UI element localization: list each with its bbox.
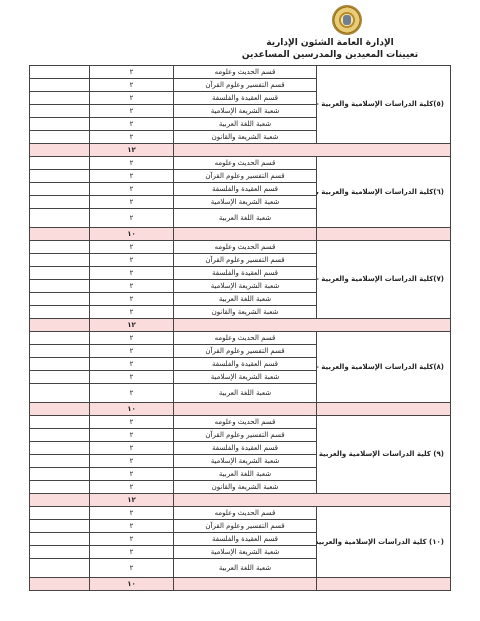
count-cell: ٢: [90, 358, 174, 371]
count-cell: ٢: [90, 481, 174, 494]
count-cell: ٢: [90, 79, 174, 92]
count-cell: ٢: [90, 384, 174, 403]
empty-cell: [30, 209, 90, 228]
subtotal-empty-cell: [30, 494, 90, 507]
count-cell: ٢: [90, 92, 174, 105]
empty-cell: [30, 533, 90, 546]
count-cell: ٢: [90, 105, 174, 118]
table-row: (٦)كلية الدراسات الإسلامية والعربية بنات…: [30, 157, 451, 170]
subtotal-count-cell: ١٢: [90, 144, 174, 157]
empty-cell: [30, 254, 90, 267]
subtotal-count-cell: ١٠: [90, 403, 174, 416]
empty-cell: [30, 559, 90, 578]
empty-cell: [30, 241, 90, 254]
department-cell: شعبة الشريعة الإسلامية: [174, 546, 317, 559]
count-cell: ٢: [90, 520, 174, 533]
empty-cell: [30, 170, 90, 183]
subtotal-empty-cell: [30, 228, 90, 241]
department-cell: شعبة الشريعة الإسلامية: [174, 105, 317, 118]
department-cell: قسم الحديث وعلومه: [174, 66, 317, 79]
college-name-cell: (٨)كلية الدراسات الإسلامية والعربية – بن…: [317, 332, 451, 403]
empty-cell: [30, 345, 90, 358]
subtotal-empty-cell: [30, 319, 90, 332]
count-cell: ٢: [90, 332, 174, 345]
empty-cell: [30, 280, 90, 293]
subtotal-label-cell: [174, 319, 451, 332]
department-cell: قسم التفسير وعلوم القرآن: [174, 254, 317, 267]
emblem-center: [343, 15, 351, 25]
college-name-cell: (٧)كلية الدراسات الإسلامية والعربية - بن…: [317, 241, 451, 319]
department-cell: قسم العقيدة والفلسفة: [174, 442, 317, 455]
subtotal-row: ١٢: [30, 144, 451, 157]
department-cell: شعبة اللغة العربية: [174, 468, 317, 481]
empty-cell: [30, 546, 90, 559]
subtotal-count-cell: ١٢: [90, 494, 174, 507]
empty-cell: [30, 384, 90, 403]
count-cell: ٢: [90, 157, 174, 170]
subtotal-empty-cell: [30, 403, 90, 416]
table-row: (٩) كلية الدراسات الإسلامية والعربية بنا…: [30, 416, 451, 429]
department-cell: قسم التفسير وعلوم القرآن: [174, 345, 317, 358]
count-cell: ٢: [90, 468, 174, 481]
empty-cell: [30, 507, 90, 520]
empty-cell: [30, 66, 90, 79]
empty-cell: [30, 306, 90, 319]
department-cell: شعبة الشريعة الإسلامية: [174, 371, 317, 384]
subtotal-dept-cell: [174, 403, 317, 416]
college-name-cell: (٦)كلية الدراسات الإسلامية والعربية بنات…: [317, 157, 451, 228]
table-row: (٨)كلية الدراسات الإسلامية والعربية – بن…: [30, 332, 451, 345]
empty-cell: [30, 196, 90, 209]
department-cell: قسم الحديث وعلومه: [174, 157, 317, 170]
empty-cell: [30, 481, 90, 494]
count-cell: ٢: [90, 280, 174, 293]
empty-cell: [30, 429, 90, 442]
empty-cell: [30, 371, 90, 384]
count-cell: ٢: [90, 131, 174, 144]
count-cell: ٢: [90, 371, 174, 384]
empty-cell: [30, 157, 90, 170]
college-name-cell: (٩) كلية الدراسات الإسلامية والعربية بنا…: [317, 416, 451, 494]
count-cell: ٢: [90, 183, 174, 196]
table-row: (٥)كلية الدراسات الإسلامية والعربية - بن…: [30, 66, 451, 79]
count-cell: ٢: [90, 442, 174, 455]
count-cell: ٢: [90, 507, 174, 520]
department-cell: قسم الحديث وعلومه: [174, 416, 317, 429]
subtotal-dept-cell: [174, 228, 317, 241]
subtotal-college-cell: [317, 578, 451, 591]
empty-cell: [30, 131, 90, 144]
document-header: الإدارة العامة الشئون الإدارية تعيينات ا…: [0, 0, 480, 64]
empty-cell: [30, 79, 90, 92]
count-cell: ٢: [90, 209, 174, 228]
count-cell: ٢: [90, 429, 174, 442]
subtotal-row: ١٠: [30, 228, 451, 241]
table-row: (٧)كلية الدراسات الإسلامية والعربية - بن…: [30, 241, 451, 254]
empty-cell: [30, 455, 90, 468]
table-row: (١٠) كلية الدراسات الإسلامية والعربية - …: [30, 507, 451, 520]
subtotal-row: ١٠: [30, 578, 451, 591]
empty-cell: [30, 183, 90, 196]
department-cell: قسم العقيدة والفلسفة: [174, 267, 317, 280]
subtotal-count-cell: ١٠: [90, 228, 174, 241]
count-cell: ٢: [90, 118, 174, 131]
empty-cell: [30, 118, 90, 131]
department-cell: شعبة اللغة العربية: [174, 118, 317, 131]
count-cell: ٢: [90, 306, 174, 319]
department-cell: شعبة اللغة العربية: [174, 209, 317, 228]
count-cell: ٢: [90, 559, 174, 578]
empty-cell: [30, 332, 90, 345]
subtotal-empty-cell: [30, 144, 90, 157]
subtotal-row: ١٢: [30, 319, 451, 332]
count-cell: ٢: [90, 267, 174, 280]
department-cell: قسم التفسير وعلوم القرآن: [174, 79, 317, 92]
department-cell: شعبة الشريعة الإسلامية: [174, 280, 317, 293]
department-cell: شعبة الشريعة الإسلامية: [174, 196, 317, 209]
subtotal-college-cell: [317, 403, 451, 416]
empty-cell: [30, 358, 90, 371]
appointments-table: (٥)كلية الدراسات الإسلامية والعربية - بن…: [29, 65, 451, 591]
department-cell: قسم الحديث وعلومه: [174, 507, 317, 520]
department-cell: قسم التفسير وعلوم القرآن: [174, 170, 317, 183]
count-cell: ٢: [90, 293, 174, 306]
appointments-table-body: (٥)كلية الدراسات الإسلامية والعربية - بن…: [30, 66, 451, 591]
department-cell: شعبة اللغة العربية: [174, 384, 317, 403]
empty-cell: [30, 293, 90, 306]
department-cell: شعبة اللغة العربية: [174, 293, 317, 306]
empty-cell: [30, 442, 90, 455]
count-cell: ٢: [90, 455, 174, 468]
empty-cell: [30, 416, 90, 429]
count-cell: ٢: [90, 533, 174, 546]
department-cell: قسم الحديث وعلومه: [174, 241, 317, 254]
department-cell: قسم العقيدة والفلسفة: [174, 183, 317, 196]
department-cell: قسم التفسير وعلوم القرآن: [174, 520, 317, 533]
subtotal-label-cell: [174, 494, 451, 507]
count-cell: ٢: [90, 241, 174, 254]
count-cell: ٢: [90, 196, 174, 209]
university-emblem-icon: [333, 6, 361, 34]
empty-cell: [30, 520, 90, 533]
subtotal-dept-cell: [174, 578, 317, 591]
document-subtitle: تعيينات المعيدين والمدرسين المساعدين: [240, 50, 420, 60]
department-cell: شعبة الشريعة والقانون: [174, 131, 317, 144]
subtotal-row: ١٠: [30, 403, 451, 416]
department-cell: شعبة الشريعة والقانون: [174, 481, 317, 494]
college-name-cell: (٥)كلية الدراسات الإسلامية والعربية - بن…: [317, 66, 451, 144]
department-cell: شعبة الشريعة والقانون: [174, 306, 317, 319]
subtotal-label-cell: [174, 144, 451, 157]
department-cell: شعبة اللغة العربية: [174, 559, 317, 578]
count-cell: ٢: [90, 66, 174, 79]
count-cell: ٢: [90, 345, 174, 358]
department-cell: قسم الحديث وعلومه: [174, 332, 317, 345]
empty-cell: [30, 468, 90, 481]
subtotal-college-cell: [317, 228, 451, 241]
empty-cell: [30, 267, 90, 280]
department-cell: شعبة الشريعة الإسلامية: [174, 455, 317, 468]
subtotal-count-cell: ١٠: [90, 578, 174, 591]
department-cell: قسم العقيدة والفلسفة: [174, 533, 317, 546]
count-cell: ٢: [90, 254, 174, 267]
count-cell: ٢: [90, 170, 174, 183]
empty-cell: [30, 105, 90, 118]
empty-cell: [30, 92, 90, 105]
count-cell: ٢: [90, 416, 174, 429]
college-name-cell: (١٠) كلية الدراسات الإسلامية والعربية - …: [317, 507, 451, 578]
subtotal-empty-cell: [30, 578, 90, 591]
count-cell: ٢: [90, 546, 174, 559]
department-cell: قسم العقيدة والفلسفة: [174, 358, 317, 371]
subtotal-row: ١٢: [30, 494, 451, 507]
department-cell: قسم التفسير وعلوم القرآن: [174, 429, 317, 442]
department-cell: قسم العقيدة والفلسفة: [174, 92, 317, 105]
subtotal-count-cell: ١٢: [90, 319, 174, 332]
department-title: الإدارة العامة الشئون الإدارية: [265, 38, 395, 48]
